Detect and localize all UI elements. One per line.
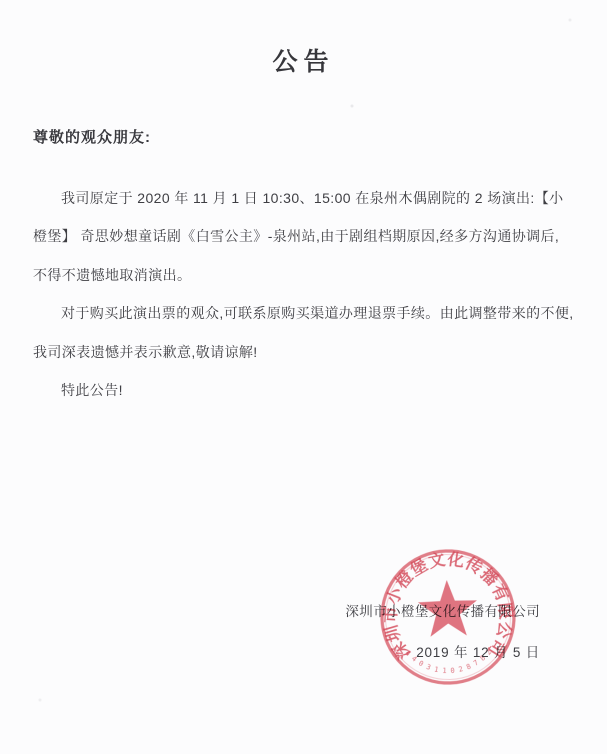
seal-serial-number: 440311028782 xyxy=(403,646,494,677)
document-body: 我司原定于 2020 年 11 月 1 日 10:30、15:00 在泉州木偶剧… xyxy=(33,179,589,409)
body-line-2: 橙堡】 奇思妙想童话剧《白雪公主》-泉州站,由于剧组档期原因,经多方沟通协调后, xyxy=(33,217,589,255)
body-line-4: 对于购买此演出票的观众,可联系原购买渠道办理退票手续。由此调整带来的不便, xyxy=(33,294,589,332)
seal-star-icon xyxy=(417,579,478,637)
body-line-3: 不得不遗憾地取消演出。 xyxy=(33,256,589,294)
announcement-document: 公告 尊敬的观众朋友: 我司原定于 2020 年 11 月 1 日 10:30、… xyxy=(0,0,607,754)
document-title: 公告 xyxy=(0,42,607,78)
body-line-6: 特此公告! xyxy=(33,371,589,409)
body-line-5: 我司深表遗憾并表示歉意,敬请谅解! xyxy=(33,333,589,371)
company-seal-stamp: 深圳市小橙堡文化传播有限公司 440311028782 xyxy=(370,539,525,694)
salutation: 尊敬的观众朋友: xyxy=(33,126,151,147)
body-line-1: 我司原定于 2020 年 11 月 1 日 10:30、15:00 在泉州木偶剧… xyxy=(33,179,589,217)
seal-serial-holder: 440311028782 xyxy=(403,646,494,677)
